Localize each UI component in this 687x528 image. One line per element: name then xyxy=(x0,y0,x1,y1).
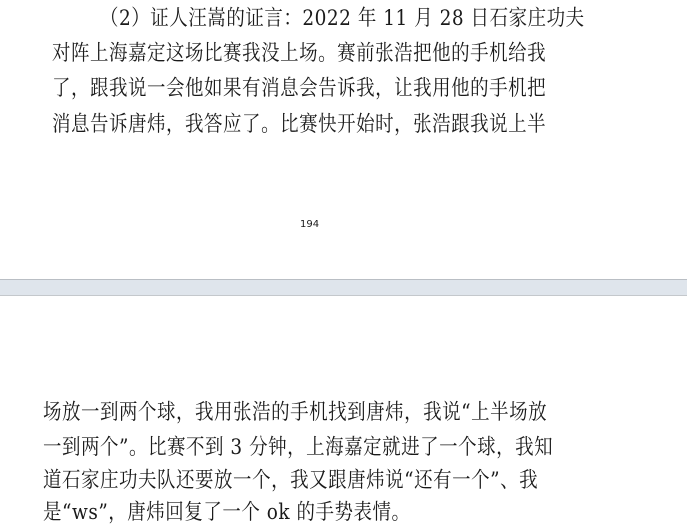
page-number: 194 xyxy=(300,219,319,230)
document-page-194: （2）证人汪嵩的证言：2022 年 11 月 28 日石家庄功夫 对阵上海嘉定这… xyxy=(0,0,687,279)
paragraph-line: 道石家庄功夫队还要放一个，我又跟唐炜说“还有一个”、我 xyxy=(43,470,538,492)
paragraph-line: 场放一到两个球，我用张浩的手机找到唐炜，我说“上半场放 xyxy=(43,402,547,424)
page-break-gap xyxy=(0,279,687,296)
document-page-195: 场放一到两个球，我用张浩的手机找到唐炜，我说“上半场放 一到两个”。比赛不到 3… xyxy=(0,297,687,528)
paragraph-line: 一到两个”。比赛不到 3 分钟，上海嘉定就进了一个球，我知 xyxy=(43,437,553,459)
paragraph-line: 是“ws”，唐炜回复了一个 ok 的手势表情。 xyxy=(43,502,411,524)
paragraph-line: 对阵上海嘉定这场比赛我没上场。赛前张浩把他的手机给我 xyxy=(52,43,546,65)
paragraph-line: 了，跟我说一会他如果有消息会告诉我，让我用他的手机把 xyxy=(52,78,546,100)
paragraph-line: （2）证人汪嵩的证言：2022 年 11 月 28 日石家庄功夫 xyxy=(100,8,585,30)
paragraph-line: 消息告诉唐炜，我答应了。比赛快开始时，张浩跟我说上半 xyxy=(52,114,546,136)
